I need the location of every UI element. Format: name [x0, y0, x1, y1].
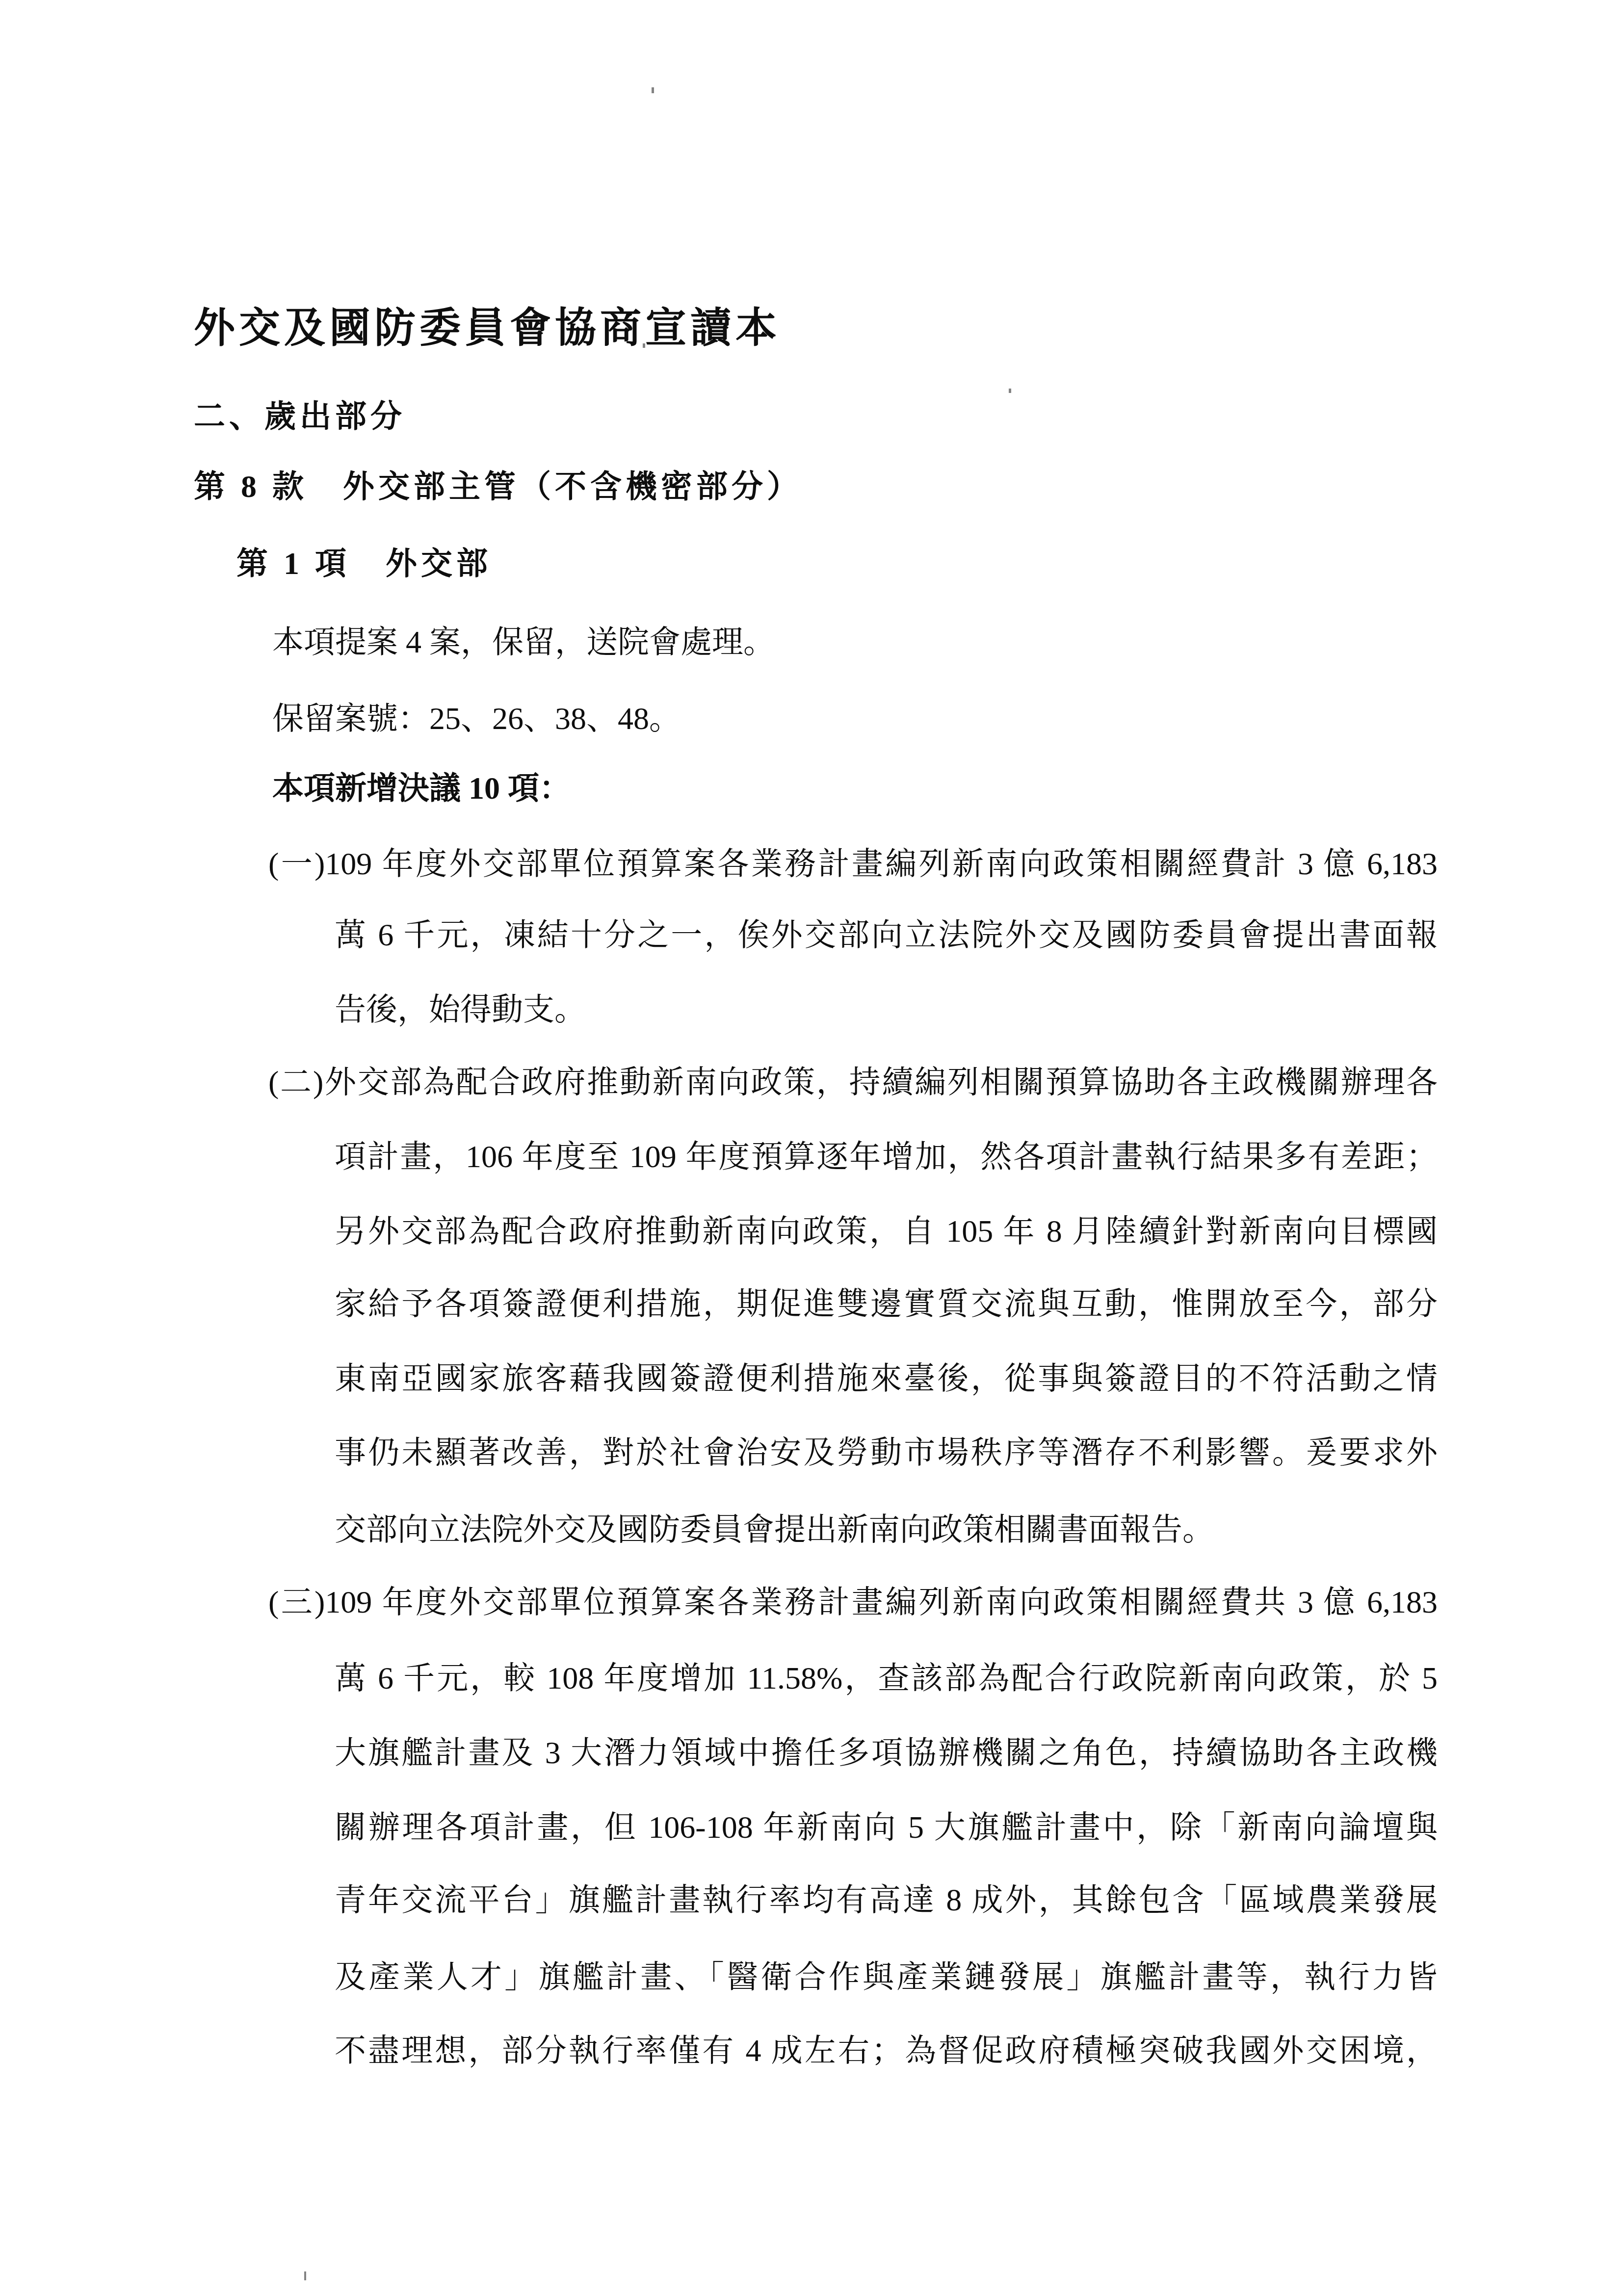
- summary-proposals-line: 本項提案 4 案，保留，送院會處理。: [272, 624, 775, 660]
- scan-speck: [304, 2271, 306, 2280]
- resolution-3-line: 關辦理各項計畫，但 106-108 年新南向 5 大旗艦計畫中，除「新南向論壇與: [335, 1809, 1438, 1846]
- subsection-heading: 第 1 項 外交部: [236, 546, 492, 582]
- resolution-2-line: 交部向立法院外交及國防委員會提出新南向政策相關書面報告。: [335, 1512, 1214, 1548]
- resolution-1-line: (一)109 年度外交部單位預算案各業務計畫編列新南向政策相關經費計 3 億 6…: [268, 846, 1438, 882]
- resolution-3-line: 大旗艦計畫及 3 大潛力領域中擔任多項協辦機關之角色，持續協助各主政機: [335, 1735, 1438, 1771]
- resolution-1-line: 告後，始得動支。: [335, 991, 586, 1028]
- part-heading: 二、歲出部分: [194, 398, 406, 435]
- summary-new-resolutions-line: 本項新增決議 10 項：: [272, 770, 571, 807]
- resolution-2-line: 事仍未顯著改善，對於社會治安及勞動市場秩序等潛存不利影響。爰要求外: [335, 1435, 1438, 1471]
- scan-speck: [652, 87, 654, 93]
- resolution-2-line: 家給予各項簽證便利措施，期促進雙邊實質交流與互動，惟開放至今，部分: [335, 1286, 1438, 1322]
- resolution-2-line: 項計畫，106 年度至 109 年度預算逐年增加，然各項計畫執行結果多有差距；: [335, 1139, 1438, 1175]
- resolution-3-line: (三)109 年度外交部單位預算案各業務計畫編列新南向政策相關經費共 3 億 6…: [268, 1584, 1438, 1620]
- resolution-1-line: 萬 6 千元，凍結十分之一，俟外交部向立法院外交及國防委員會提出書面報: [335, 917, 1438, 953]
- doc-title: 外交及國防委員會協商宣讀本: [194, 305, 781, 353]
- resolution-3-line: 萬 6 千元，較 108 年度增加 11.58%，查該部為配合行政院新南向政策，…: [335, 1660, 1438, 1696]
- resolution-2-line: (二)外交部為配合政府推動新南向政策，持續編列相關預算協助各主政機關辦理各: [268, 1064, 1438, 1100]
- scan-speck: [643, 343, 645, 348]
- resolution-3-line: 青年交流平台」旗艦計畫執行率均有高達 8 成外，其餘包含「區域農業發展: [335, 1882, 1438, 1918]
- scan-speck: [1009, 389, 1011, 393]
- resolution-3-line: 及產業人才」旗艦計畫、「醫衛合作與產業鏈發展」旗艦計畫等，執行力皆: [335, 1959, 1438, 1995]
- resolution-2-line: 另外交部為配合政府推動新南向政策，自 105 年 8 月陸續針對新南向目標國: [335, 1213, 1438, 1250]
- resolution-2-line: 東南亞國家旅客藉我國簽證便利措施來臺後，從事與簽證目的不符活動之情: [335, 1360, 1438, 1397]
- section-heading: 第 8 款 外交部主管（不含機密部分）: [194, 469, 802, 505]
- resolution-3-line: 不盡理想，部分執行率僅有 4 成左右；為督促政府積極突破我國外交困境，: [335, 2033, 1438, 2069]
- summary-reserved-cases-line: 保留案號：25、26、38、48。: [272, 701, 681, 737]
- scanned-document-page: 外交及國防委員會協商宣讀本 二、歲出部分 第 8 款 外交部主管（不含機密部分）…: [0, 0, 1624, 2296]
